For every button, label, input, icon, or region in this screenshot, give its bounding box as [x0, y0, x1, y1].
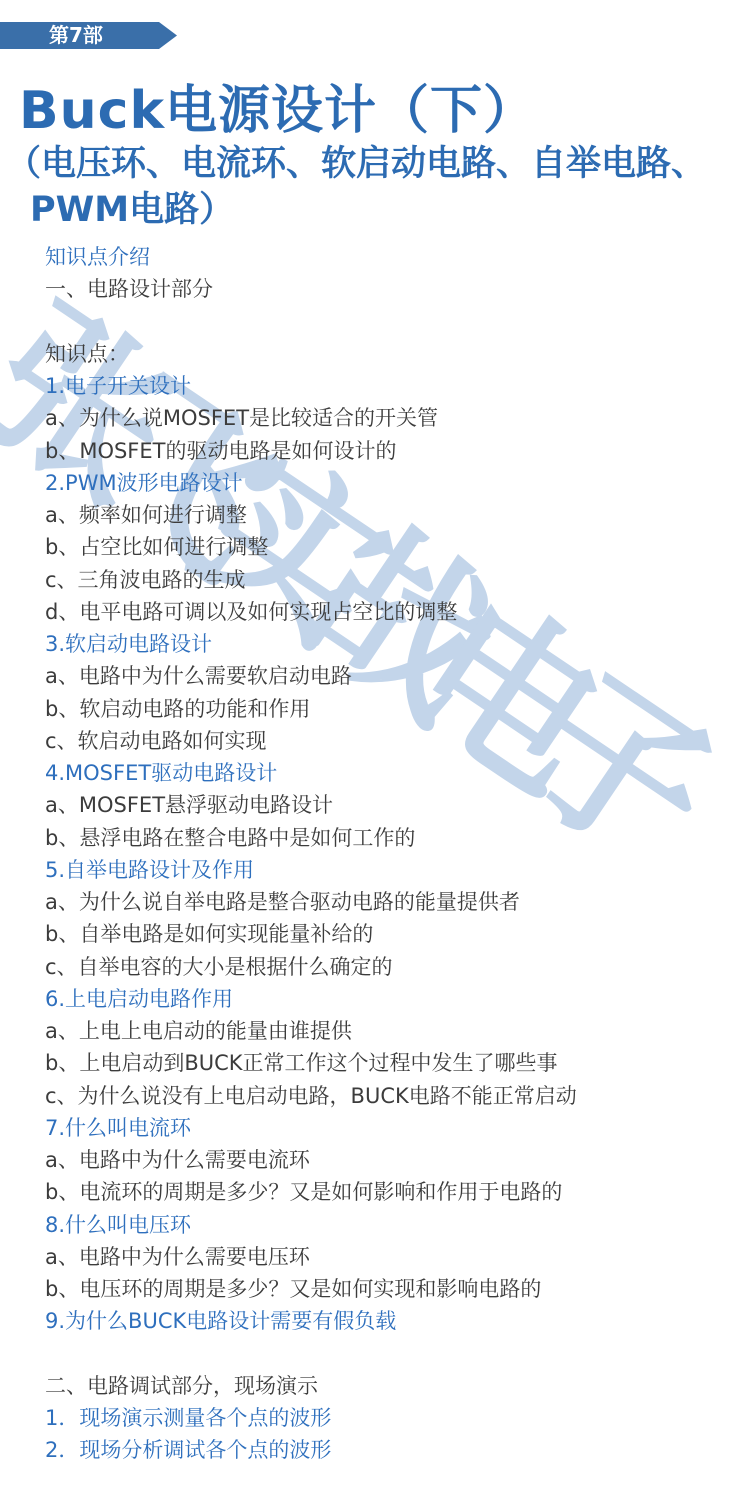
list-item: 7.什么叫电流环 [45, 1112, 740, 1144]
list-item: a、为什么说MOSFET是比较适合的开关管 [45, 402, 740, 434]
list-item: c、自举电容的大小是根据什么确定的 [45, 951, 740, 983]
list-item: c、三角波电路的生成 [45, 564, 740, 596]
list-item: b、占空比如何进行调整 [45, 531, 740, 563]
list-blank-line [45, 306, 740, 338]
list-item: 9.为什么BUCK电路设计需要有假负载 [45, 1305, 740, 1337]
list-item: c、软启动电路如何实现 [45, 725, 740, 757]
part-banner-label: 第7部 [0, 22, 177, 49]
list-item: a、MOSFET悬浮驱动电路设计 [45, 789, 740, 821]
list-item: c、为什么说没有上电启动电路，BUCK电路不能正常启动 [45, 1080, 740, 1112]
subtitle-line-1: （电压环、电流环、软启动电路、自举电路、 [6, 141, 706, 187]
list-item: b、上电启动到BUCK正常工作这个过程中发生了哪些事 [45, 1047, 740, 1079]
list-item: a、为什么说自举电路是整合驱动电路的能量提供者 [45, 886, 740, 918]
page-subtitle: （电压环、电流环、软启动电路、自举电路、 PWM电路） [6, 141, 706, 233]
list-item: 1．现场演示测量各个点的波形 [45, 1402, 740, 1434]
subtitle-line-2: PWM电路） [6, 187, 706, 233]
list-item: b、悬浮电路在整合电路中是如何工作的 [45, 822, 740, 854]
list-item: 3.软启动电路设计 [45, 628, 740, 660]
list-item: a、上电上电启动的能量由谁提供 [45, 1015, 740, 1047]
list-item: b、电流环的周期是多少？又是如何影响和作用于电路的 [45, 1176, 740, 1208]
list-item: 6.上电启动电路作用 [45, 983, 740, 1015]
list-blank-line [45, 1338, 740, 1370]
list-item: 二、电路调试部分，现场演示 [45, 1370, 740, 1402]
list-item: a、电路中为什么需要电压环 [45, 1241, 740, 1273]
list-item: 知识点介绍 [45, 241, 740, 273]
list-item: 8.什么叫电压环 [45, 1209, 740, 1241]
list-item: 2.PWM波形电路设计 [45, 467, 740, 499]
list-item: 5.自举电路设计及作用 [45, 854, 740, 886]
list-item: 知识点： [45, 338, 740, 370]
list-item: 1.电子开关设计 [45, 370, 740, 402]
list-item: 2．现场分析调试各个点的波形 [45, 1434, 740, 1466]
list-item: b、电压环的周期是多少？又是如何实现和影响电路的 [45, 1273, 740, 1305]
list-item: b、软启动电路的功能和作用 [45, 693, 740, 725]
page-title: Buck电源设计（下） [19, 68, 536, 143]
list-item: a、电路中为什么需要电流环 [45, 1144, 740, 1176]
list-item: 一、电路设计部分 [45, 273, 740, 305]
document-page: 张飞实战电子 第7部 Buck电源设计（下） （电压环、电流环、软启动电路、自举… [0, 0, 750, 1485]
list-item: a、电路中为什么需要软启动电路 [45, 660, 740, 692]
list-item: 4.MOSFET驱动电路设计 [45, 757, 740, 789]
list-item: b、MOSFET的驱动电路是如何设计的 [45, 435, 740, 467]
list-item: a、频率如何进行调整 [45, 499, 740, 531]
list-item: b、自举电路是如何实现能量补给的 [45, 918, 740, 950]
knowledge-point-list: 知识点介绍一、电路设计部分知识点：1.电子开关设计a、为什么说MOSFET是比较… [45, 241, 740, 1467]
part-banner: 第7部 [0, 22, 177, 49]
list-item: d、电平电路可调以及如何实现占空比的调整 [45, 596, 740, 628]
